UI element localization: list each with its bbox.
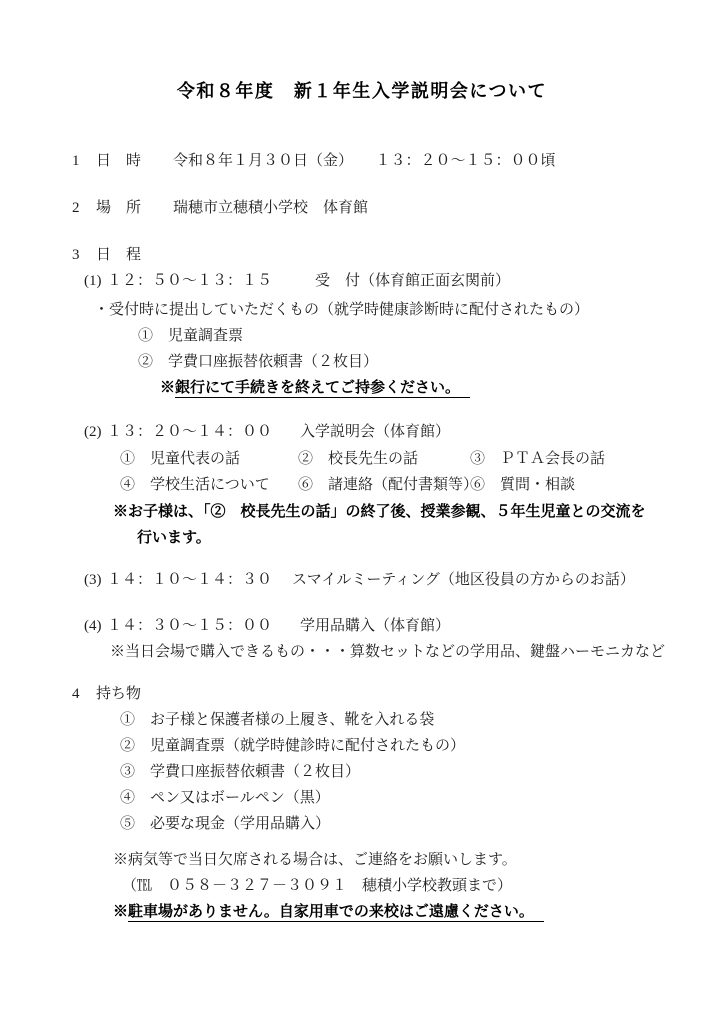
section-schedule: 3日 程: [72, 242, 676, 268]
schedule-time: １４：３０～１５：００: [107, 618, 272, 634]
agenda-row-1: ① 児童代表の話② 校長先生の話③ ＰＴＡ会長の話: [120, 446, 676, 472]
section-label: 日 程: [96, 242, 141, 268]
note-asterisk: ※: [113, 903, 128, 920]
agenda-cell: ④ 学校生活について: [120, 472, 298, 498]
section-belongings: 4持ち物: [72, 681, 676, 707]
schedule-item-3: (3)１４：１０～１４：３０スマイルミーティング（地区役員の方からのお話）: [72, 567, 676, 593]
submission-bullet: ・受付時に提出していただくもの（就学時健康診断時に配付されたもの）: [94, 297, 676, 323]
agenda-cell: ③ ＰＴＡ会長の話: [470, 451, 605, 467]
section-number: 1: [72, 148, 96, 174]
purchase-note: ※当日会場で購入できるもの・・・算数セットなどの学用品、鍵盤ハーモニカなど: [110, 639, 676, 665]
section-label: 持ち物: [96, 681, 141, 707]
belongings-item: ⑤ 必要な現金（学用品購入）: [120, 811, 676, 837]
schedule-item-4: (4)１４：３０～１５：００学用品購入（体育館）: [72, 613, 676, 639]
agenda-cell: ② 校長先生の話: [298, 446, 470, 472]
children-note-line-2: 行います。: [137, 525, 676, 551]
belongings-item: ④ ペン又はボールペン（黒）: [120, 785, 676, 811]
phone-note: （℡ ０５８－３２７－３０９１ 穂積小学校教頭まで）: [122, 873, 676, 899]
schedule-no: (2): [84, 419, 107, 445]
agenda-cell: ⑥ 質問・相談: [470, 477, 575, 493]
schedule-time: １４：１０～１４：３０: [107, 572, 272, 588]
schedule-event: スマイルミーティング（地区役員の方からのお話）: [292, 572, 635, 588]
bank-note-text: 銀行にて手続きを終えてご持参ください。: [175, 379, 470, 398]
schedule-event: 入学説明会（体育館）: [300, 424, 450, 440]
datetime-value: 令和８年１月３０日（金） １３：２０～１５：００頃: [173, 153, 556, 169]
schedule-item-2: (2)１３：２０～１４：００入学説明会（体育館）: [72, 419, 676, 445]
schedule-time: １２：５０～１３：１５: [107, 273, 272, 289]
section-number: 2: [72, 195, 96, 221]
parking-note-text: 駐車場がありません。自家用車での来校はご遠慮ください。: [128, 903, 544, 922]
section-label: 日 時: [96, 148, 141, 174]
schedule-time: １３：２０～１４：００: [107, 424, 272, 440]
agenda-row-2: ④ 学校生活について⑥ 諸連絡（配付書類等）⑥ 質問・相談: [120, 472, 676, 498]
schedule-no: (3): [84, 567, 107, 593]
document-page: 令和８年度 新１年生入学説明会について 1日 時令和８年１月３０日（金） １３：…: [0, 0, 724, 1024]
belongings-item: ② 児童調査票（就学時健診時に配付されたもの）: [120, 733, 676, 759]
section-place: 2場 所瑞穂市立穂積小学校 体育館: [72, 195, 676, 221]
submission-item-1: ① 児童調査票: [138, 323, 676, 349]
schedule-no: (4): [84, 613, 107, 639]
schedule-item-1: (1)１２：５０～１３：１５受 付（体育館正面玄関前）: [72, 268, 676, 294]
note-asterisk: ※: [160, 379, 175, 396]
submission-item-2: ② 学費口座振替依頼書（２枚目）: [138, 349, 676, 375]
parking-note: ※駐車場がありません。自家用車での来校はご遠慮ください。: [113, 899, 676, 925]
belongings-item: ③ 学費口座振替依頼書（２枚目）: [120, 759, 676, 785]
children-note-line-1: ※お子様は、「② 校長先生の話」の終了後、授業参観、５年生児童との交流を: [113, 499, 676, 525]
schedule-event: 学用品購入（体育館）: [300, 618, 450, 634]
schedule-event: 受 付（体育館正面玄関前）: [315, 273, 510, 289]
agenda-cell: ① 児童代表の話: [120, 446, 298, 472]
bank-note: ※銀行にて手続きを終えてご持参ください。: [160, 375, 676, 401]
agenda-cell: ⑥ 諸連絡（配付書類等）: [298, 472, 470, 498]
section-number: 4: [72, 681, 96, 707]
schedule-no: (1): [84, 268, 107, 294]
document-title: 令和８年度 新１年生入学説明会について: [0, 78, 724, 104]
place-value: 瑞穂市立穂積小学校 体育館: [173, 200, 368, 216]
section-datetime: 1日 時令和８年１月３０日（金） １３：２０～１５：００頃: [72, 148, 676, 174]
section-number: 3: [72, 242, 96, 268]
absence-note: ※病気等で当日欠席される場合は、ご連絡をお願いします。: [113, 847, 676, 873]
belongings-item: ① お子様と保護者様の上履き、靴を入れる袋: [120, 707, 676, 733]
section-label: 場 所: [96, 195, 141, 221]
